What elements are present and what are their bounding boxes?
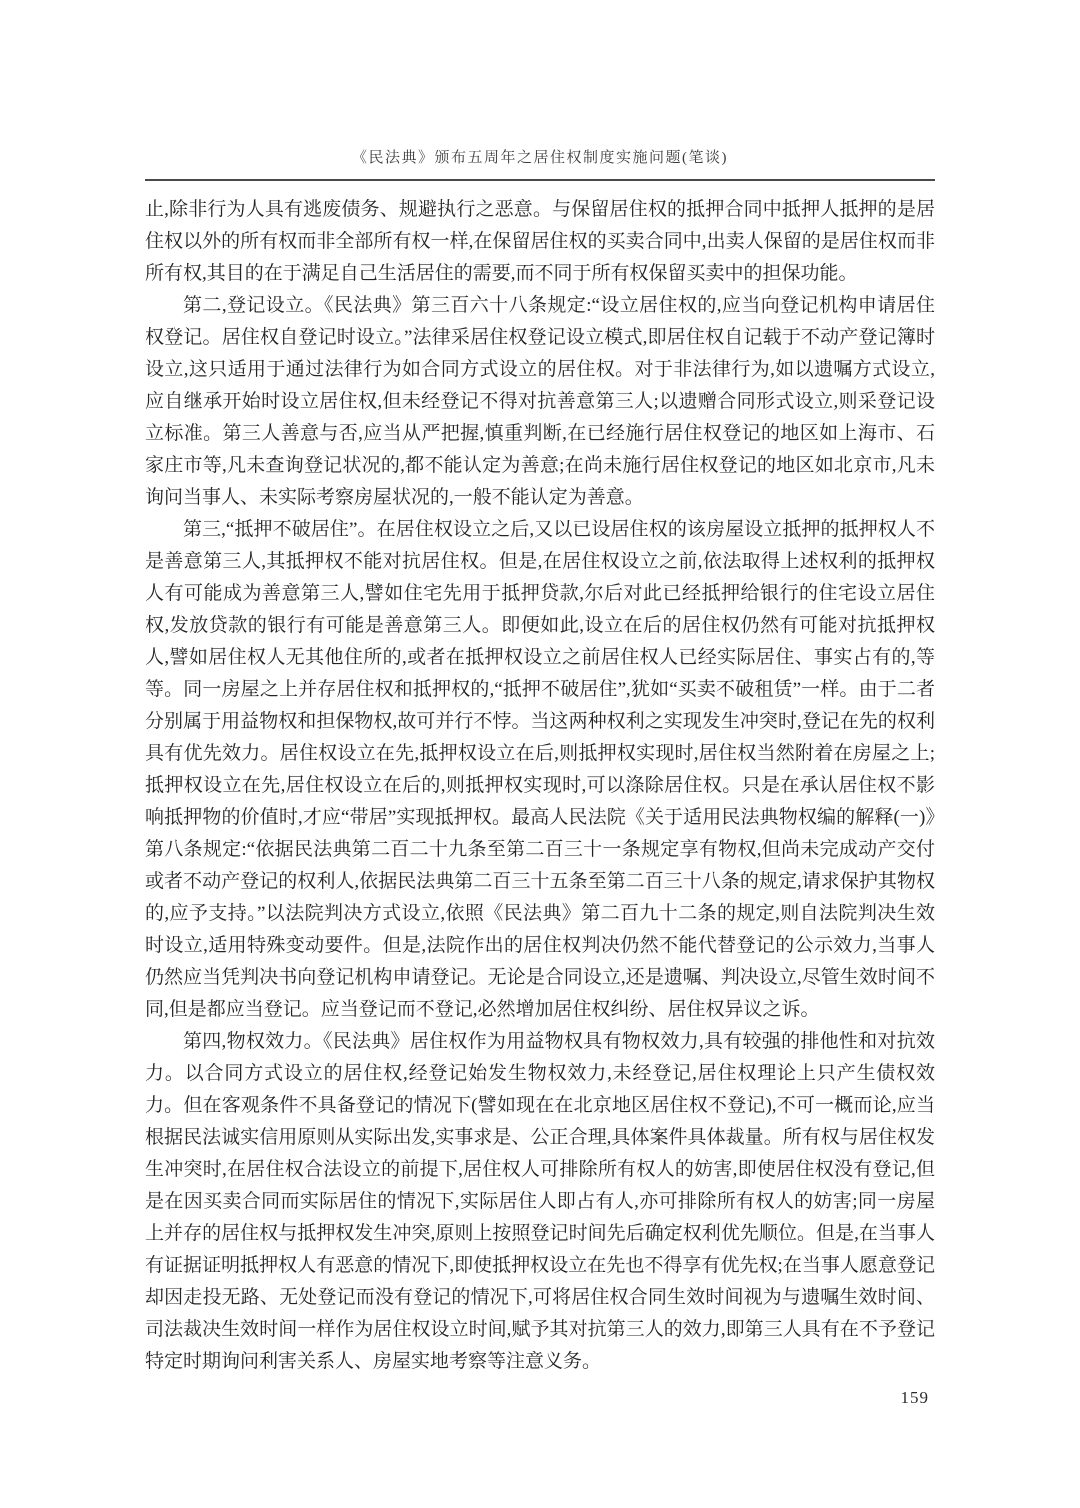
body-paragraph-second-point: 第二,登记设立。《民法典》第三百六十八条规定:“设立居住权的,应当向登记机构申请… — [145, 290, 935, 514]
header-rule-divider — [145, 179, 935, 181]
body-paragraph-third-point: 第三,“抵押不破居住”。在居住权设立之后,又以已设居住权的该房屋设立抵押的抵押权… — [145, 514, 935, 1026]
body-text-block: 止,除非行为人具有逃废债务、规避执行之恶意。与保留居住权的抵押合同中抵押人抵押的… — [145, 194, 935, 1378]
document-page: 《民法典》颁布五周年之居住权制度实施问题(笔谈) 止,除非行为人具有逃废债务、规… — [0, 0, 1080, 1508]
body-paragraph-continuation: 止,除非行为人具有逃废债务、规避执行之恶意。与保留居住权的抵押合同中抵押人抵押的… — [145, 194, 935, 290]
running-head-title: 《民法典》颁布五周年之居住权制度实施问题(笔谈) — [145, 147, 935, 169]
page-content: 《民法典》颁布五周年之居住权制度实施问题(笔谈) 止,除非行为人具有逃废债务、规… — [145, 0, 935, 1408]
page-number: 159 — [145, 1388, 935, 1408]
body-paragraph-fourth-point: 第四,物权效力。《民法典》居住权作为用益物权具有物权效力,具有较强的排他性和对抗… — [145, 1026, 935, 1378]
